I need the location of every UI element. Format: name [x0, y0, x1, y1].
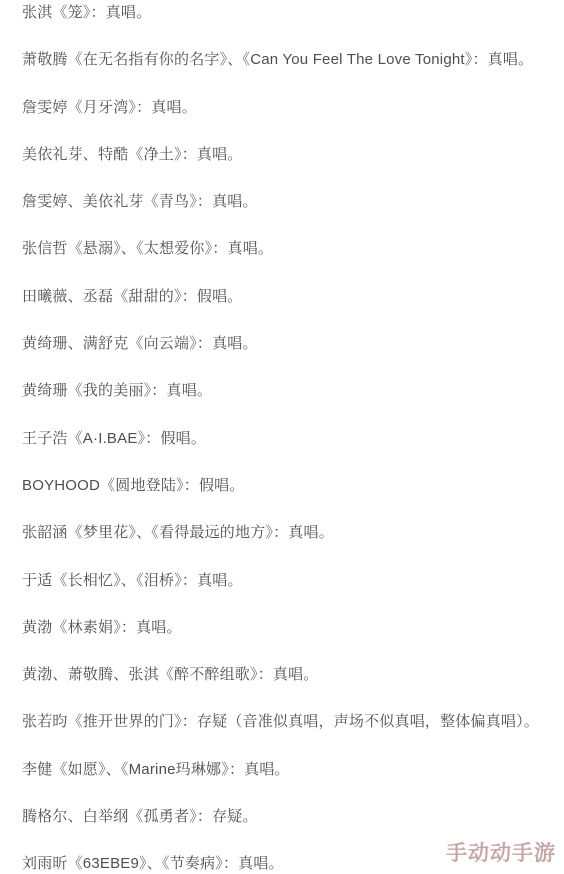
verdict-line: 美依礼芽、特酷《净土》：真唱。	[22, 144, 564, 165]
verdict-line: 张若昀《推开世界的门》：存疑（音准似真唱，声场不似真唱，整体偏真唱）。	[22, 711, 564, 732]
verdict-line: 张信哲《悬溺》、《太想爱你》：真唱。	[22, 238, 564, 259]
verdict-line: 于适《长相忆》、《泪桥》：真唱。	[22, 570, 564, 591]
article-body: 张淇《笼》：真唱。 萧敬腾《在无名指有你的名字》、《Can You Feel T…	[0, 0, 564, 874]
verdict-line: 黄绮珊、满舒克《向云端》：真唱。	[22, 333, 564, 354]
verdict-line: 腾格尔、白举纲《孤勇者》：存疑。	[22, 806, 564, 827]
verdict-line: 田曦薇、丞磊《甜甜的》：假唱。	[22, 286, 564, 307]
verdict-line: 王子浩《A·I.BAE》：假唱。	[22, 428, 564, 449]
verdict-line: 张淇《笼》：真唱。	[22, 2, 564, 23]
verdict-line: 黄渤《林素娟》：真唱。	[22, 617, 564, 638]
verdict-line: BOYHOOD《圆地登陆》：假唱。	[22, 475, 564, 496]
verdict-line: 詹雯婷《月牙湾》：真唱。	[22, 97, 564, 118]
verdict-line: 詹雯婷、美依礼芽《青鸟》：真唱。	[22, 191, 564, 212]
verdict-line: 黄渤、萧敬腾、张淇《醉不醉组歌》：真唱。	[22, 664, 564, 685]
watermark: 手动动手游	[446, 837, 556, 867]
verdict-line: 黄绮珊《我的美丽》：真唱。	[22, 380, 564, 401]
verdict-line: 张韶涵《梦里花》、《看得最远的地方》：真唱。	[22, 522, 564, 543]
verdict-line: 萧敬腾《在无名指有你的名字》、《Can You Feel The Love To…	[22, 49, 564, 70]
verdict-line: 李健《如愿》、《Marine玛琳娜》：真唱。	[22, 759, 564, 780]
